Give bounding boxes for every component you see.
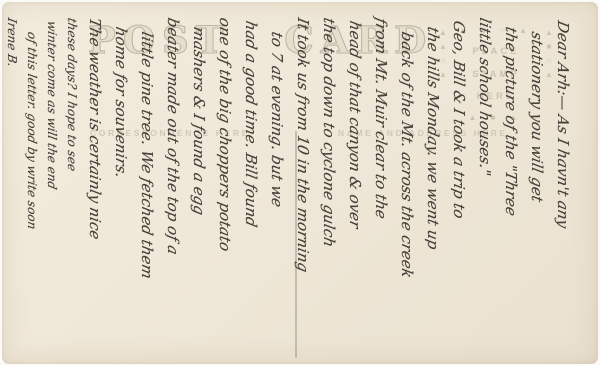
message-line: the picture of the "Three [498,24,524,364]
message-line: little pine tree. We fetched them [134,29,160,364]
postcard-photo: POST CARD ▲ ▲ ○ ▲ ▲ ■ ○ ▲ PLACE STAMP HE… [0,0,600,365]
message-line: the top down to cyclone gulch [316,15,342,364]
message-line: beater made out of the top of a [160,15,186,364]
message-line: of this letter. good by write soon [22,30,42,364]
message-line: to 7 at evening. but we [264,29,290,364]
message-line: had a good time. Bill found [238,18,264,364]
message-line: stationery you will get [524,29,550,364]
message-line: one of the big choppers potato [212,15,238,364]
message-line: head of that canyon & over [342,18,368,364]
message-line: back of the Mt. across the creek [394,29,420,364]
message-line: Dear Arh:— As I havn't any [550,18,576,364]
message-line: The weather is certainly nice [82,15,108,364]
handwritten-message: Dear Arh:— As I havn't any stationery yo… [2,2,598,364]
message-signature: Irene B. [2,16,22,364]
message-line: It took us from 10 in the morning [290,15,316,364]
postcard-back: POST CARD ▲ ▲ ○ ▲ ▲ ■ ○ ▲ PLACE STAMP HE… [2,2,598,364]
message-line: winter come as will the end [42,19,62,364]
message-line: Geo, Bill & I took a trip to [446,18,472,364]
message-line: the hills Monday. we went up [420,24,446,364]
message-line: from Mt. Muir clear to the [368,15,394,364]
message-line: home for souvenirs. [108,24,134,364]
message-line: these days? I hope to see [62,16,82,364]
message-line: little school houses." [472,15,498,364]
message-line: mashers & I found a egg [186,24,212,364]
